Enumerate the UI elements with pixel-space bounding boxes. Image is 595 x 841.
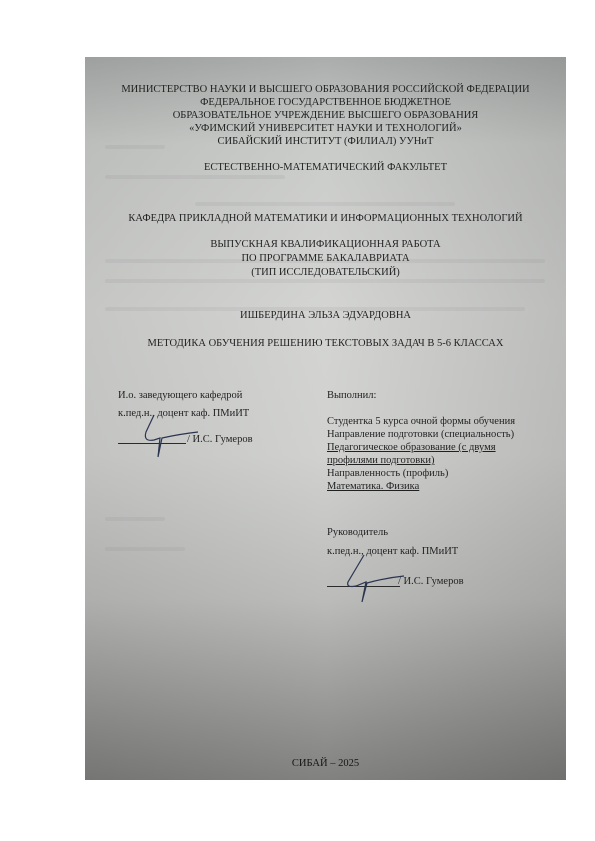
work-type-line-1: ВЫПУСКНАЯ КВАЛИФИКАЦИОННАЯ РАБОТА <box>85 238 566 251</box>
profile-label: Направленность (профиль) <box>327 468 448 479</box>
institution-line-2: ФЕДЕРАЛЬНОЕ ГОСУДАРСТВЕННОЕ БЮДЖЕТНОЕ <box>85 96 566 109</box>
show-through-line <box>105 547 185 551</box>
author-name: ИШБЕРДИНА ЭЛЬЗА ЭДУАРДОВНА <box>85 309 566 322</box>
work-type-line-3: (ТИП ИССЛЕДОВАТЕЛЬСКИЙ) <box>85 266 566 279</box>
show-through-line <box>105 517 165 521</box>
department-name: КАФЕДРА ПРИКЛАДНОЙ МАТЕМАТИКИ И ИНФОРМАЦ… <box>85 212 566 225</box>
thesis-title: МЕТОДИКА ОБУЧЕНИЯ РЕШЕНИЮ ТЕКСТОВЫХ ЗАДА… <box>85 337 566 350</box>
work-type-line-2: ПО ПРОГРАММЕ БАКАЛАВРИАТА <box>85 252 566 265</box>
direction-value-line-1: Педагогическое образование (с двумя <box>327 442 496 453</box>
direction-value-line-2: профилями подготовки) <box>327 455 434 466</box>
city-year: СИБАЙ – 2025 <box>85 757 566 770</box>
supervisor-role: Руководитель <box>327 527 388 538</box>
document-photo: МИНИСТЕРСТВО НАУКИ И ВЫСШЕГО ОБРАЗОВАНИЯ… <box>85 57 566 780</box>
profile-value: Математика. Физика <box>327 481 419 492</box>
institution-line-3: ОБРАЗОВАТЕЛЬНОЕ УЧРЕЖДЕНИЕ ВЫСШЕГО ОБРАЗ… <box>85 109 566 122</box>
university-name: «УФИМСКИЙ УНИВЕРСИТЕТ НАУКИ И ТЕХНОЛОГИЙ… <box>85 122 566 135</box>
show-through-line <box>195 202 455 206</box>
student-info: Студентка 5 курса очной формы обучения <box>327 416 515 427</box>
ministry-name: МИНИСТЕРСТВО НАУКИ И ВЫСШЕГО ОБРАЗОВАНИЯ… <box>85 83 566 96</box>
institute-name: СИБАЙСКИЙ ИНСТИТУТ (ФИЛИАЛ) УУНиТ <box>85 135 566 148</box>
show-through-line <box>105 279 545 283</box>
head-role: И.о. заведующего кафедрой <box>118 390 242 401</box>
show-through-line <box>105 175 285 179</box>
performer-label: Выполнил: <box>327 390 376 401</box>
head-signature-name: / И.С. Гумеров <box>187 434 253 445</box>
faculty-name: ЕСТЕСТВЕННО-МАТЕМАТИЧЕСКИЙ ФАКУЛЬТЕТ <box>85 161 566 174</box>
supervisor-signature-name: / И.С. Гумеров <box>398 576 464 587</box>
direction-label: Направление подготовки (специальность) <box>327 429 514 440</box>
